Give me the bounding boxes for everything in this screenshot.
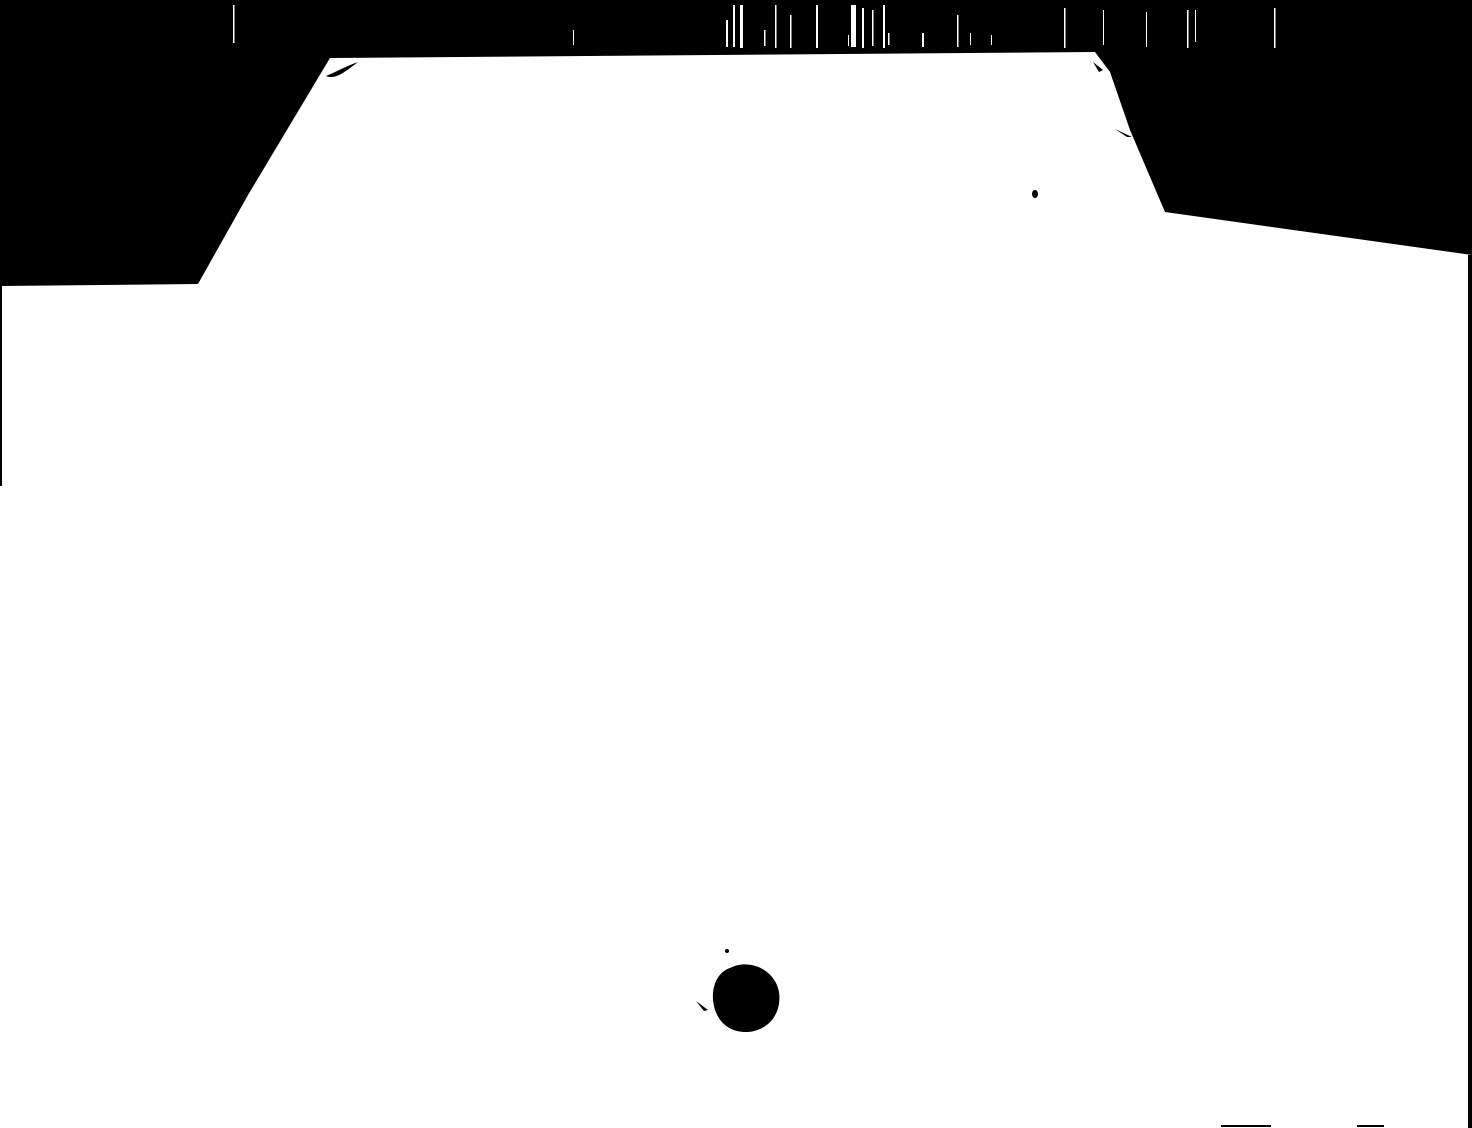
right-edge-shadow (1468, 255, 1472, 1128)
small-dark-dot (1032, 190, 1038, 198)
photo-scene (0, 0, 1472, 1128)
left-edge-shadow (0, 286, 2, 486)
